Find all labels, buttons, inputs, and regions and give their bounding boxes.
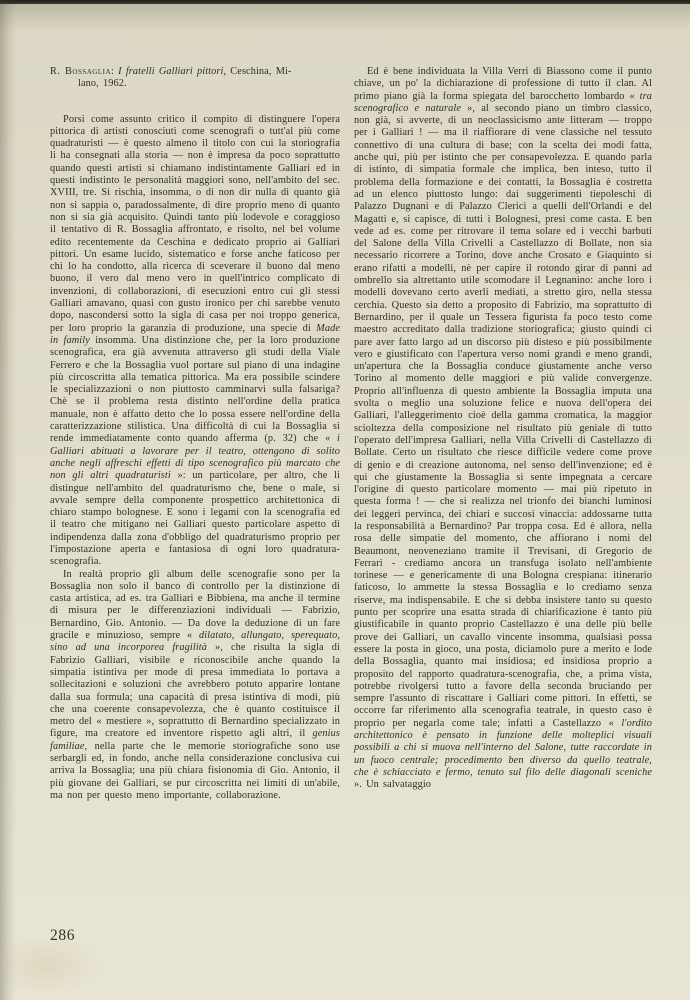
reference-line-1: R. Bossaglia: I fratelli Galliari pittor… [50,66,340,78]
left-column: R. Bossaglia: I fratelli Galliari pittor… [50,66,340,802]
text-run: ». Un salvataggio [354,779,431,790]
text-run: », che risulta la sigla di Fabrizio Gall… [50,642,340,739]
text-run: »: un particolare, per altro, che li dis… [50,470,340,567]
reference-author: R. Bossaglia [50,66,111,77]
text-run: Ed è bene individuata la Villa Verri di … [354,66,652,102]
book-page: R. Bossaglia: I fratelli Galliari pittor… [0,0,690,1000]
reference-line-2: lano, 1962. [78,78,340,90]
text-run: , nella parte che le memorie storiografi… [50,741,340,801]
paragraph: In realtà proprio gli album delle scenog… [50,569,340,803]
reference-entry: R. Bossaglia: I fratelli Galliari pittor… [50,66,340,91]
paragraph: Ed è bene individuata la Villa Verri di … [354,66,652,792]
paragraph: Porsi come assunto critico il compito di… [50,114,340,569]
text-run: », al secondo piano un timbro classico, … [354,103,652,729]
reference-tail: , Ceschina, Mi- [223,66,291,77]
page-content: R. Bossaglia: I fratelli Galliari pittor… [50,66,652,802]
reference-title: I fratelli Galliari pittori [118,66,223,77]
scan-left-edge-shadow [0,0,16,1000]
right-column: Ed è bene individuata la Villa Verri di … [354,66,652,802]
text-run: insomma. Una distinzione che, per la lor… [50,335,340,444]
page-number: 286 [50,927,75,945]
scan-top-shadow [0,4,690,30]
left-column-text: Porsi come assunto critico il compito di… [50,114,340,803]
text-run: Porsi come assunto critico il compito di… [50,114,340,334]
right-column-text: Ed è bene individuata la Villa Verri di … [354,66,652,792]
